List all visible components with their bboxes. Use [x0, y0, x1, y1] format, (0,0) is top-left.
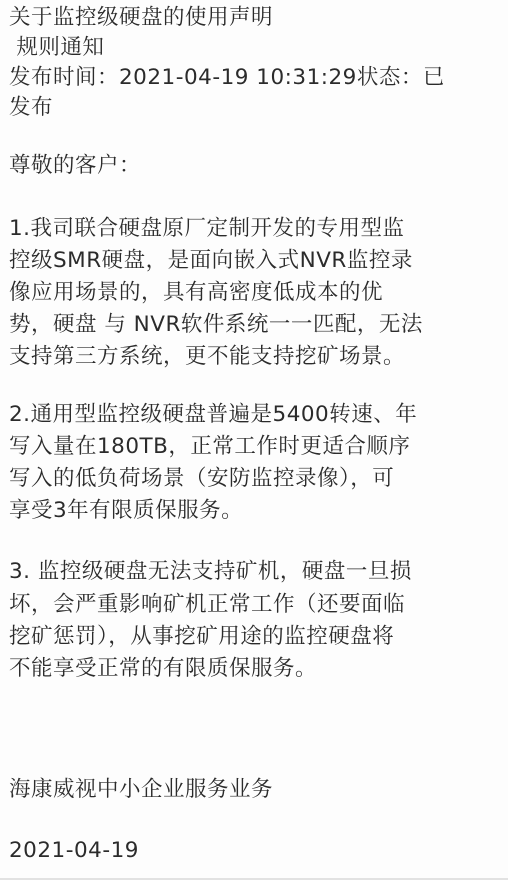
point-3-line: 坏，会严重影响矿机正常工作（还要面临 — [9, 590, 405, 620]
publish-meta-line1: 发布时间：2021-04-19 10:31:29状态：已 — [9, 63, 445, 93]
point-2-line: 写入的低负荷场景（安防监控录像），可 — [9, 464, 394, 494]
point-2-line: 2.通用型监控级硬盘普遍是5400转速、年 — [9, 400, 417, 430]
notice-title: 关于监控级硬盘的使用声明 — [9, 3, 273, 33]
signature: 海康威视中小企业服务业务 — [9, 775, 273, 805]
point-1-line: 势，硬盘 与 NVR软件系统一一匹配，无法 — [9, 310, 423, 340]
signature-date: 2021-04-19 — [9, 836, 139, 866]
point-3-line: 不能享受正常的有限质保服务。 — [9, 654, 317, 684]
point-3-line: 3. 监控级硬盘无法支持矿机，硬盘一旦损 — [9, 557, 412, 587]
notice-category: 规则通知 — [9, 33, 104, 63]
point-2-line: 享受3年有限质保服务。 — [9, 496, 243, 526]
publish-meta-line2: 发布 — [9, 93, 53, 123]
greeting: 尊敬的客户： — [9, 151, 141, 181]
point-2-line: 写入量在180TB，正常工作时更适合顺序 — [9, 432, 410, 462]
point-1-line: 控级SMR硬盘，是面向嵌入式NVR监控录 — [9, 246, 413, 276]
point-1-line: 支持第三方系统，更不能支持挖矿场景。 — [9, 342, 405, 372]
point-1-line: 1.我司联合硬盘原厂定制开发的专用型监 — [9, 214, 405, 244]
point-1-line: 像应用场景的，具有高密度低成本的优 — [9, 278, 383, 308]
notice-page: 关于监控级硬盘的使用声明 规则通知 发布时间：2021-04-19 10:31:… — [0, 0, 508, 880]
point-3-line: 挖矿惩罚），从事挖矿用途的监控硬盘将 — [9, 622, 394, 652]
